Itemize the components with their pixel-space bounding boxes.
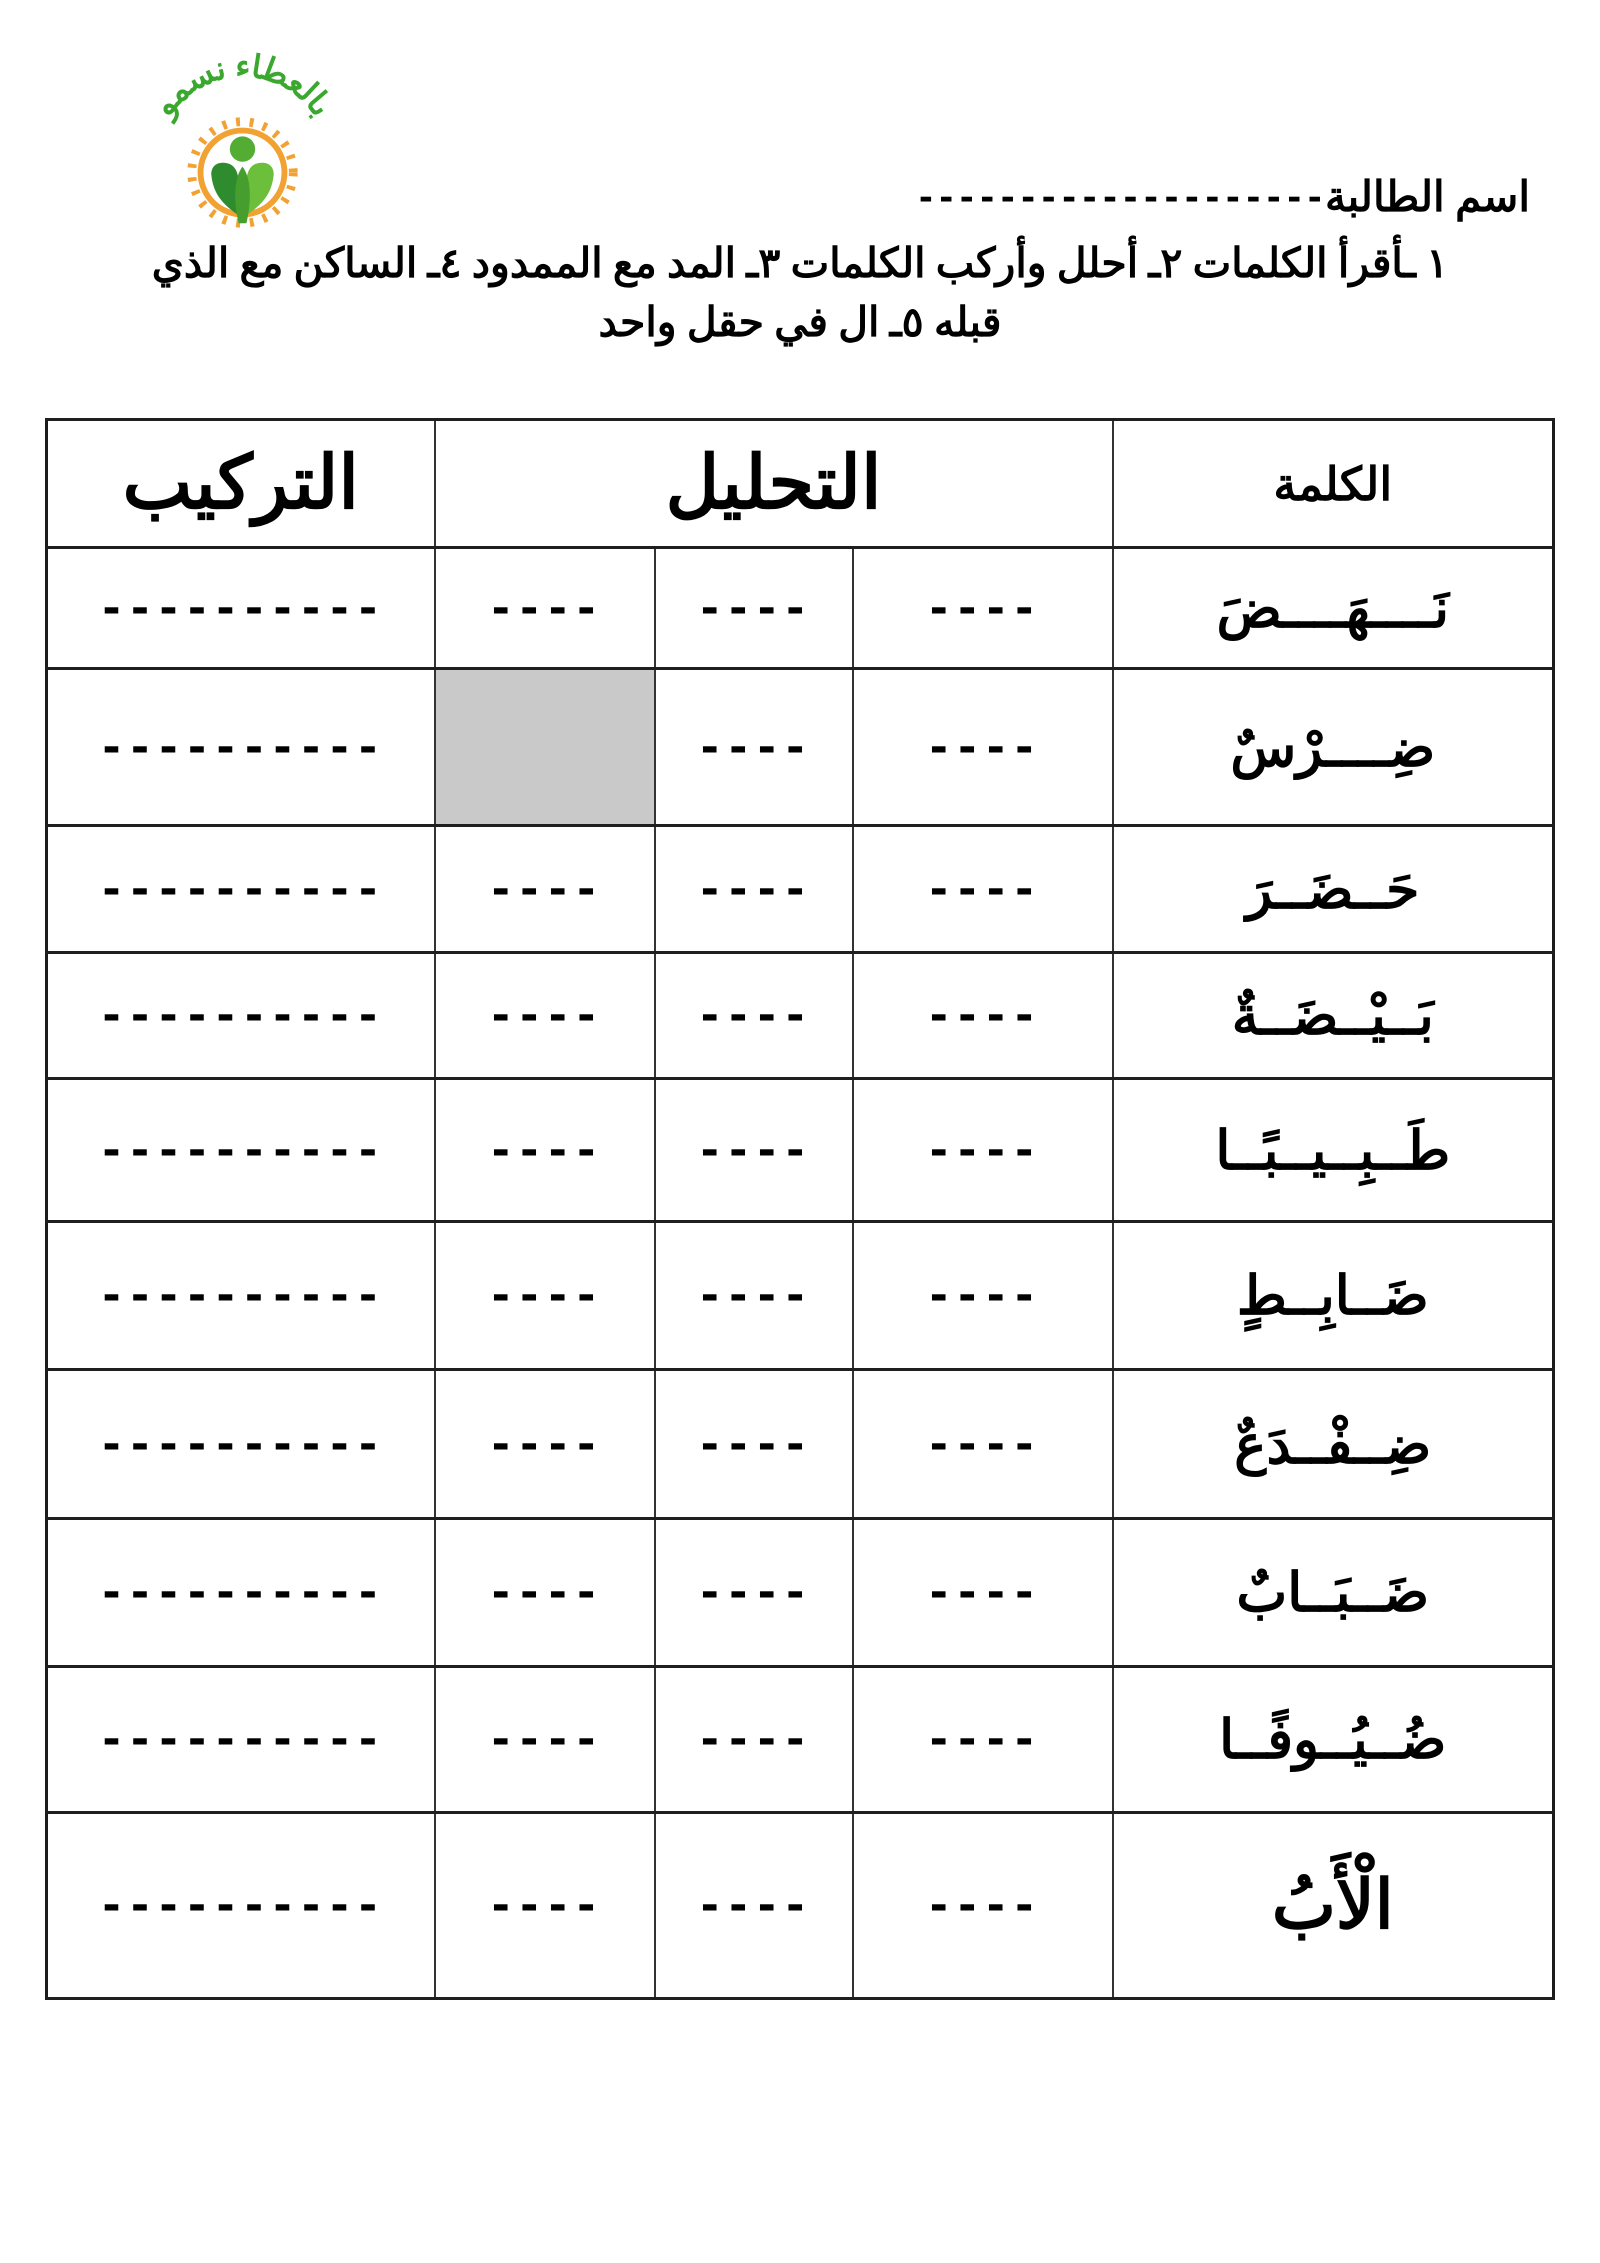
analysis-cell: ---- <box>853 953 1113 1079</box>
analysis-cell: ---- <box>853 1667 1113 1813</box>
column-header-composition: التركيب <box>47 420 435 548</box>
logo-arc-text: بالعطاء نسمو <box>144 48 340 125</box>
analysis-cell: ---- <box>435 826 655 953</box>
worksheet-table-body: نَــــهَــــضَ----------------------ضِــ… <box>47 548 1554 1999</box>
analysis-cell: ---- <box>435 1667 655 1813</box>
analysis-cell: ---- <box>655 1370 853 1519</box>
analysis-cell: ---- <box>853 1813 1113 1999</box>
analysis-cell: ---- <box>655 548 853 669</box>
analysis-cell: ---- <box>435 1222 655 1370</box>
analysis-cell: ---- <box>655 1667 853 1813</box>
answer-blank-dashes: ---------- <box>98 1880 383 1931</box>
answer-blank-dashes: ---- <box>926 1270 1040 1321</box>
answer-blank-dashes: ---- <box>488 990 602 1041</box>
analysis-cell: ---- <box>435 953 655 1079</box>
answer-blank-dashes: ---- <box>697 1567 811 1618</box>
arabic-word: ضَــبَــابٌ <box>1236 1563 1429 1623</box>
student-name-blank-dashes: -------------------- <box>916 178 1325 218</box>
word-cell: الْأَبُ <box>1113 1813 1554 1999</box>
arabic-word: حَــضَــرَ <box>1246 860 1419 920</box>
student-name-label: اسم الطالبة <box>1325 175 1530 221</box>
worksheet-page: بالعطاء نسمو اسم الطالبة----------------… <box>0 0 1600 2263</box>
table-row: ضِــفْــدَعٌ---------------------- <box>47 1370 1554 1519</box>
composition-cell: ---------- <box>47 1370 435 1519</box>
arabic-word: طَــبِــيــبًــا <box>1215 1121 1450 1181</box>
answer-blank-dashes: ---- <box>697 722 811 773</box>
arabic-word: ضِــــرْسٌ <box>1230 718 1435 778</box>
answer-blank-dashes: ---------- <box>98 1270 383 1321</box>
word-cell: ضُــيُــوفًــا <box>1113 1667 1554 1813</box>
answer-blank-dashes: ---- <box>926 1880 1040 1931</box>
answer-blank-dashes: ---- <box>697 1880 811 1931</box>
answer-blank-dashes: ---- <box>697 1714 811 1765</box>
student-name-line: اسم الطالبة-------------------- <box>916 172 1530 222</box>
answer-blank-dashes: ---------- <box>98 990 383 1041</box>
composition-cell: ---------- <box>47 1222 435 1370</box>
answer-blank-dashes: ---- <box>488 864 602 915</box>
analysis-cell: ---- <box>853 1079 1113 1222</box>
answer-blank-dashes: ---- <box>697 990 811 1041</box>
table-row: نَــــهَــــضَ---------------------- <box>47 548 1554 669</box>
answer-blank-dashes: ---- <box>926 583 1040 634</box>
answer-blank-dashes: ---- <box>926 864 1040 915</box>
arabic-word: ضِــفْــدَعٌ <box>1234 1415 1431 1475</box>
answer-blank-dashes: ---- <box>697 1419 811 1470</box>
answer-blank-dashes: ---- <box>488 1880 602 1931</box>
answer-blank-dashes: ---------- <box>98 1714 383 1765</box>
word-cell: ضِــفْــدَعٌ <box>1113 1370 1554 1519</box>
table-row: ضُــيُــوفًــا---------------------- <box>47 1667 1554 1813</box>
answer-blank-dashes: ---------- <box>98 1567 383 1618</box>
word-cell: ضَــابِــطٍ <box>1113 1222 1554 1370</box>
arabic-word: نَــــهَــــضَ <box>1216 579 1449 639</box>
word-cell: بَــيْــضَــةٌ <box>1113 953 1554 1079</box>
table-header-row: الكلمة التحليل التركيب <box>47 420 1554 548</box>
analysis-cell: ---- <box>853 1519 1113 1667</box>
answer-blank-dashes: ---------- <box>98 722 383 773</box>
answer-blank-dashes: ---- <box>697 583 811 634</box>
analysis-cell: ---- <box>853 1222 1113 1370</box>
answer-blank-dashes: ---- <box>488 1567 602 1618</box>
word-cell: حَــضَــرَ <box>1113 826 1554 953</box>
analysis-cell: ---- <box>435 548 655 669</box>
analysis-cell: ---- <box>853 548 1113 669</box>
answer-blank-dashes: ---- <box>488 1714 602 1765</box>
answer-blank-dashes: ---- <box>488 1270 602 1321</box>
analysis-cell: ---- <box>853 669 1113 826</box>
composition-cell: ---------- <box>47 548 435 669</box>
answer-blank-dashes: ---- <box>926 1714 1040 1765</box>
shaded-analysis-cell <box>435 669 655 826</box>
analysis-cell: ---- <box>655 1222 853 1370</box>
answer-blank-dashes: ---- <box>697 1270 811 1321</box>
analysis-cell: ---- <box>853 826 1113 953</box>
table-row: الْأَبُ---------------------- <box>47 1813 1554 1999</box>
analysis-cell: ---- <box>435 1079 655 1222</box>
composition-cell: ---------- <box>47 1813 435 1999</box>
arabic-word: الْأَبُ <box>1272 1867 1394 1943</box>
table-row: بَــيْــضَــةٌ---------------------- <box>47 953 1554 1079</box>
answer-blank-dashes: ---- <box>697 864 811 915</box>
analysis-cell: ---- <box>655 669 853 826</box>
answer-blank-dashes: ---------- <box>98 864 383 915</box>
analysis-cell: ---- <box>655 1813 853 1999</box>
analysis-cell: ---- <box>655 826 853 953</box>
instructions: ١ ـأقرأ الكلمات ٢ـ أحلل وأركب الكلمات ٣ـ… <box>40 234 1560 352</box>
word-cell: ضَــبَــابٌ <box>1113 1519 1554 1667</box>
answer-blank-dashes: ---- <box>926 1419 1040 1470</box>
table-row: ضِــــرْسٌ------------------ <box>47 669 1554 826</box>
composition-cell: ---------- <box>47 1667 435 1813</box>
analysis-cell: ---- <box>435 1813 655 1999</box>
answer-blank-dashes: ---- <box>697 1125 811 1176</box>
table-row: حَــضَــرَ---------------------- <box>47 826 1554 953</box>
answer-blank-dashes: ---------- <box>98 1125 383 1176</box>
school-logo: بالعطاء نسمو <box>135 28 350 233</box>
answer-blank-dashes: ---- <box>488 1419 602 1470</box>
analysis-cell: ---- <box>655 1519 853 1667</box>
answer-blank-dashes: ---- <box>488 583 602 634</box>
column-header-word: الكلمة <box>1113 420 1554 548</box>
arabic-word: بَــيْــضَــةٌ <box>1232 986 1434 1046</box>
arabic-word: ضُــيُــوفًــا <box>1219 1710 1446 1770</box>
composition-cell: ---------- <box>47 1519 435 1667</box>
table-row: ضَــبَــابٌ---------------------- <box>47 1519 1554 1667</box>
composition-cell: ---------- <box>47 953 435 1079</box>
analysis-table: الكلمة التحليل التركيب نَــــهَــــضَ---… <box>45 418 1555 2000</box>
answer-blank-dashes: ---- <box>926 722 1040 773</box>
composition-cell: ---------- <box>47 1079 435 1222</box>
word-cell: طَــبِــيــبًــا <box>1113 1079 1554 1222</box>
table-row: ضَــابِــطٍ---------------------- <box>47 1222 1554 1370</box>
analysis-cell: ---- <box>655 1079 853 1222</box>
word-cell: ضِــــرْسٌ <box>1113 669 1554 826</box>
analysis-cell: ---- <box>853 1370 1113 1519</box>
answer-blank-dashes: ---- <box>926 990 1040 1041</box>
answer-blank-dashes: ---- <box>926 1567 1040 1618</box>
table-row: طَــبِــيــبًــا---------------------- <box>47 1079 1554 1222</box>
analysis-cell: ---- <box>655 953 853 1079</box>
column-header-analysis: التحليل <box>435 420 1113 548</box>
answer-blank-dashes: ---- <box>488 1125 602 1176</box>
answer-blank-dashes: ---- <box>926 1125 1040 1176</box>
word-cell: نَــــهَــــضَ <box>1113 548 1554 669</box>
arabic-word: ضَــابِــطٍ <box>1237 1266 1429 1326</box>
composition-cell: ---------- <box>47 826 435 953</box>
composition-cell: ---------- <box>47 669 435 826</box>
analysis-cell: ---- <box>435 1519 655 1667</box>
answer-blank-dashes: ---------- <box>98 583 383 634</box>
instructions-line-2: قبله ٥ـ ال في حقل واحد <box>40 293 1560 352</box>
instructions-line-1: ١ ـأقرأ الكلمات ٢ـ أحلل وأركب الكلمات ٣ـ… <box>40 234 1560 293</box>
answer-blank-dashes: ---------- <box>98 1419 383 1470</box>
analysis-cell: ---- <box>435 1370 655 1519</box>
